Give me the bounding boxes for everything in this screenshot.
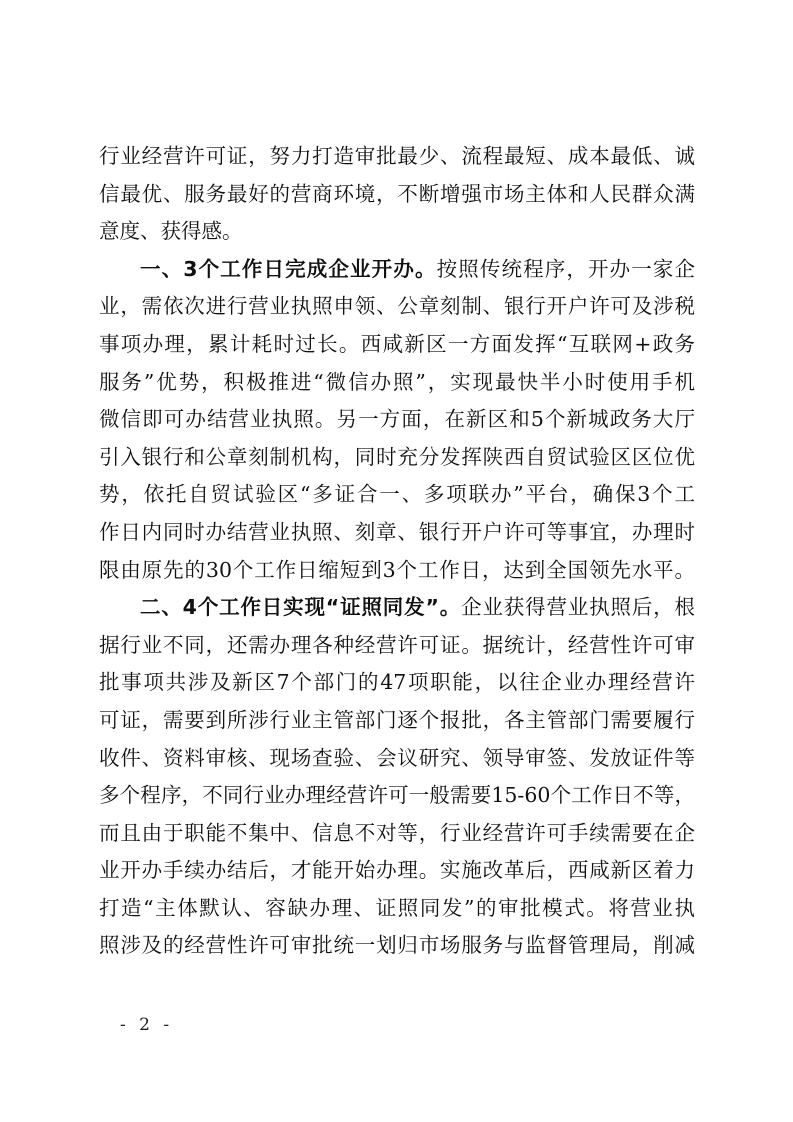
document-page: 行业经营许可证，努力打造审批最少、流程最短、成本最低、诚 信最优、服务最好的营商…	[0, 0, 793, 1122]
text-line: 而且由于职能不集中、信息不对等，行业经营许可手续需要在企	[99, 815, 695, 853]
text-line: 批事项共涉及新区7个部门的47项职能，以往企业办理经营许	[99, 664, 695, 702]
page-number: - 2 -	[120, 1015, 173, 1035]
text-line: 微信即可办结营业执照。另一方面，在新区和5个新城政务大厅	[99, 401, 695, 439]
text-line: 收件、资料审核、现场查验、会议研究、领导审签、发放证件等	[99, 740, 695, 778]
text-line: 业开办手续办结后，才能开始办理。实施改革后，西咸新区着力	[99, 852, 695, 890]
text-line: 势，依托自贸试验区“多证合一、多项联办”平台，确保3个工	[99, 476, 695, 514]
text-line: 作日内同时办结营业执照、刻章、银行开户许可等事宜，办理时	[99, 514, 695, 552]
text-line: 服务”优势，积极推进“微信办照”，实现最快半小时使用手机	[99, 364, 695, 402]
text-line: 信最优、服务最好的营商环境，不断增强市场主体和人民群众满	[99, 176, 695, 214]
section-heading: 一、3个工作日完成企业开办。	[140, 257, 437, 281]
section-heading: 二、4个工作日实现“证照同发”。	[140, 595, 461, 619]
section-first-line: 一、3个工作日完成企业开办。按照传统程序，开办一家企	[99, 251, 695, 289]
text-run: 按照传统程序，开办一家企	[437, 257, 695, 281]
text-line: 多个程序，不同行业办理经营许可一般需要15-60个工作日不等，	[99, 777, 695, 815]
text-line: 业，需依次进行营业执照申领、公章刻制、银行开户许可及涉税	[99, 288, 695, 326]
text-line: 可证，需要到所涉行业主管部门逐个报批，各主管部门需要履行	[99, 702, 695, 740]
section-first-line: 二、4个工作日实现“证照同发”。企业获得营业执照后，根	[99, 589, 695, 627]
text-line: 照涉及的经营性许可审批统一划归市场服务与监督管理局，削减	[99, 927, 695, 965]
document-body: 行业经营许可证，努力打造审批最少、流程最短、成本最低、诚 信最优、服务最好的营商…	[99, 138, 695, 965]
text-line: 行业经营许可证，努力打造审批最少、流程最短、成本最低、诚	[99, 138, 695, 176]
text-line: 打造“主体默认、容缺办理、证照同发”的审批模式。将营业执	[99, 890, 695, 928]
text-line: 事项办理，累计耗时过长。西咸新区一方面发挥“互联网+政务	[99, 326, 695, 364]
text-run: 企业获得营业执照后，根	[461, 595, 695, 619]
text-line: 限由原先的30个工作日缩短到3个工作日，达到全国领先水平。	[99, 552, 695, 590]
text-line: 引入银行和公章刻制机构，同时充分发挥陕西自贸试验区区位优	[99, 439, 695, 477]
text-line: 据行业不同，还需办理各种经营许可证。据统计，经营性许可审	[99, 627, 695, 665]
text-line: 意度、获得感。	[99, 213, 695, 251]
